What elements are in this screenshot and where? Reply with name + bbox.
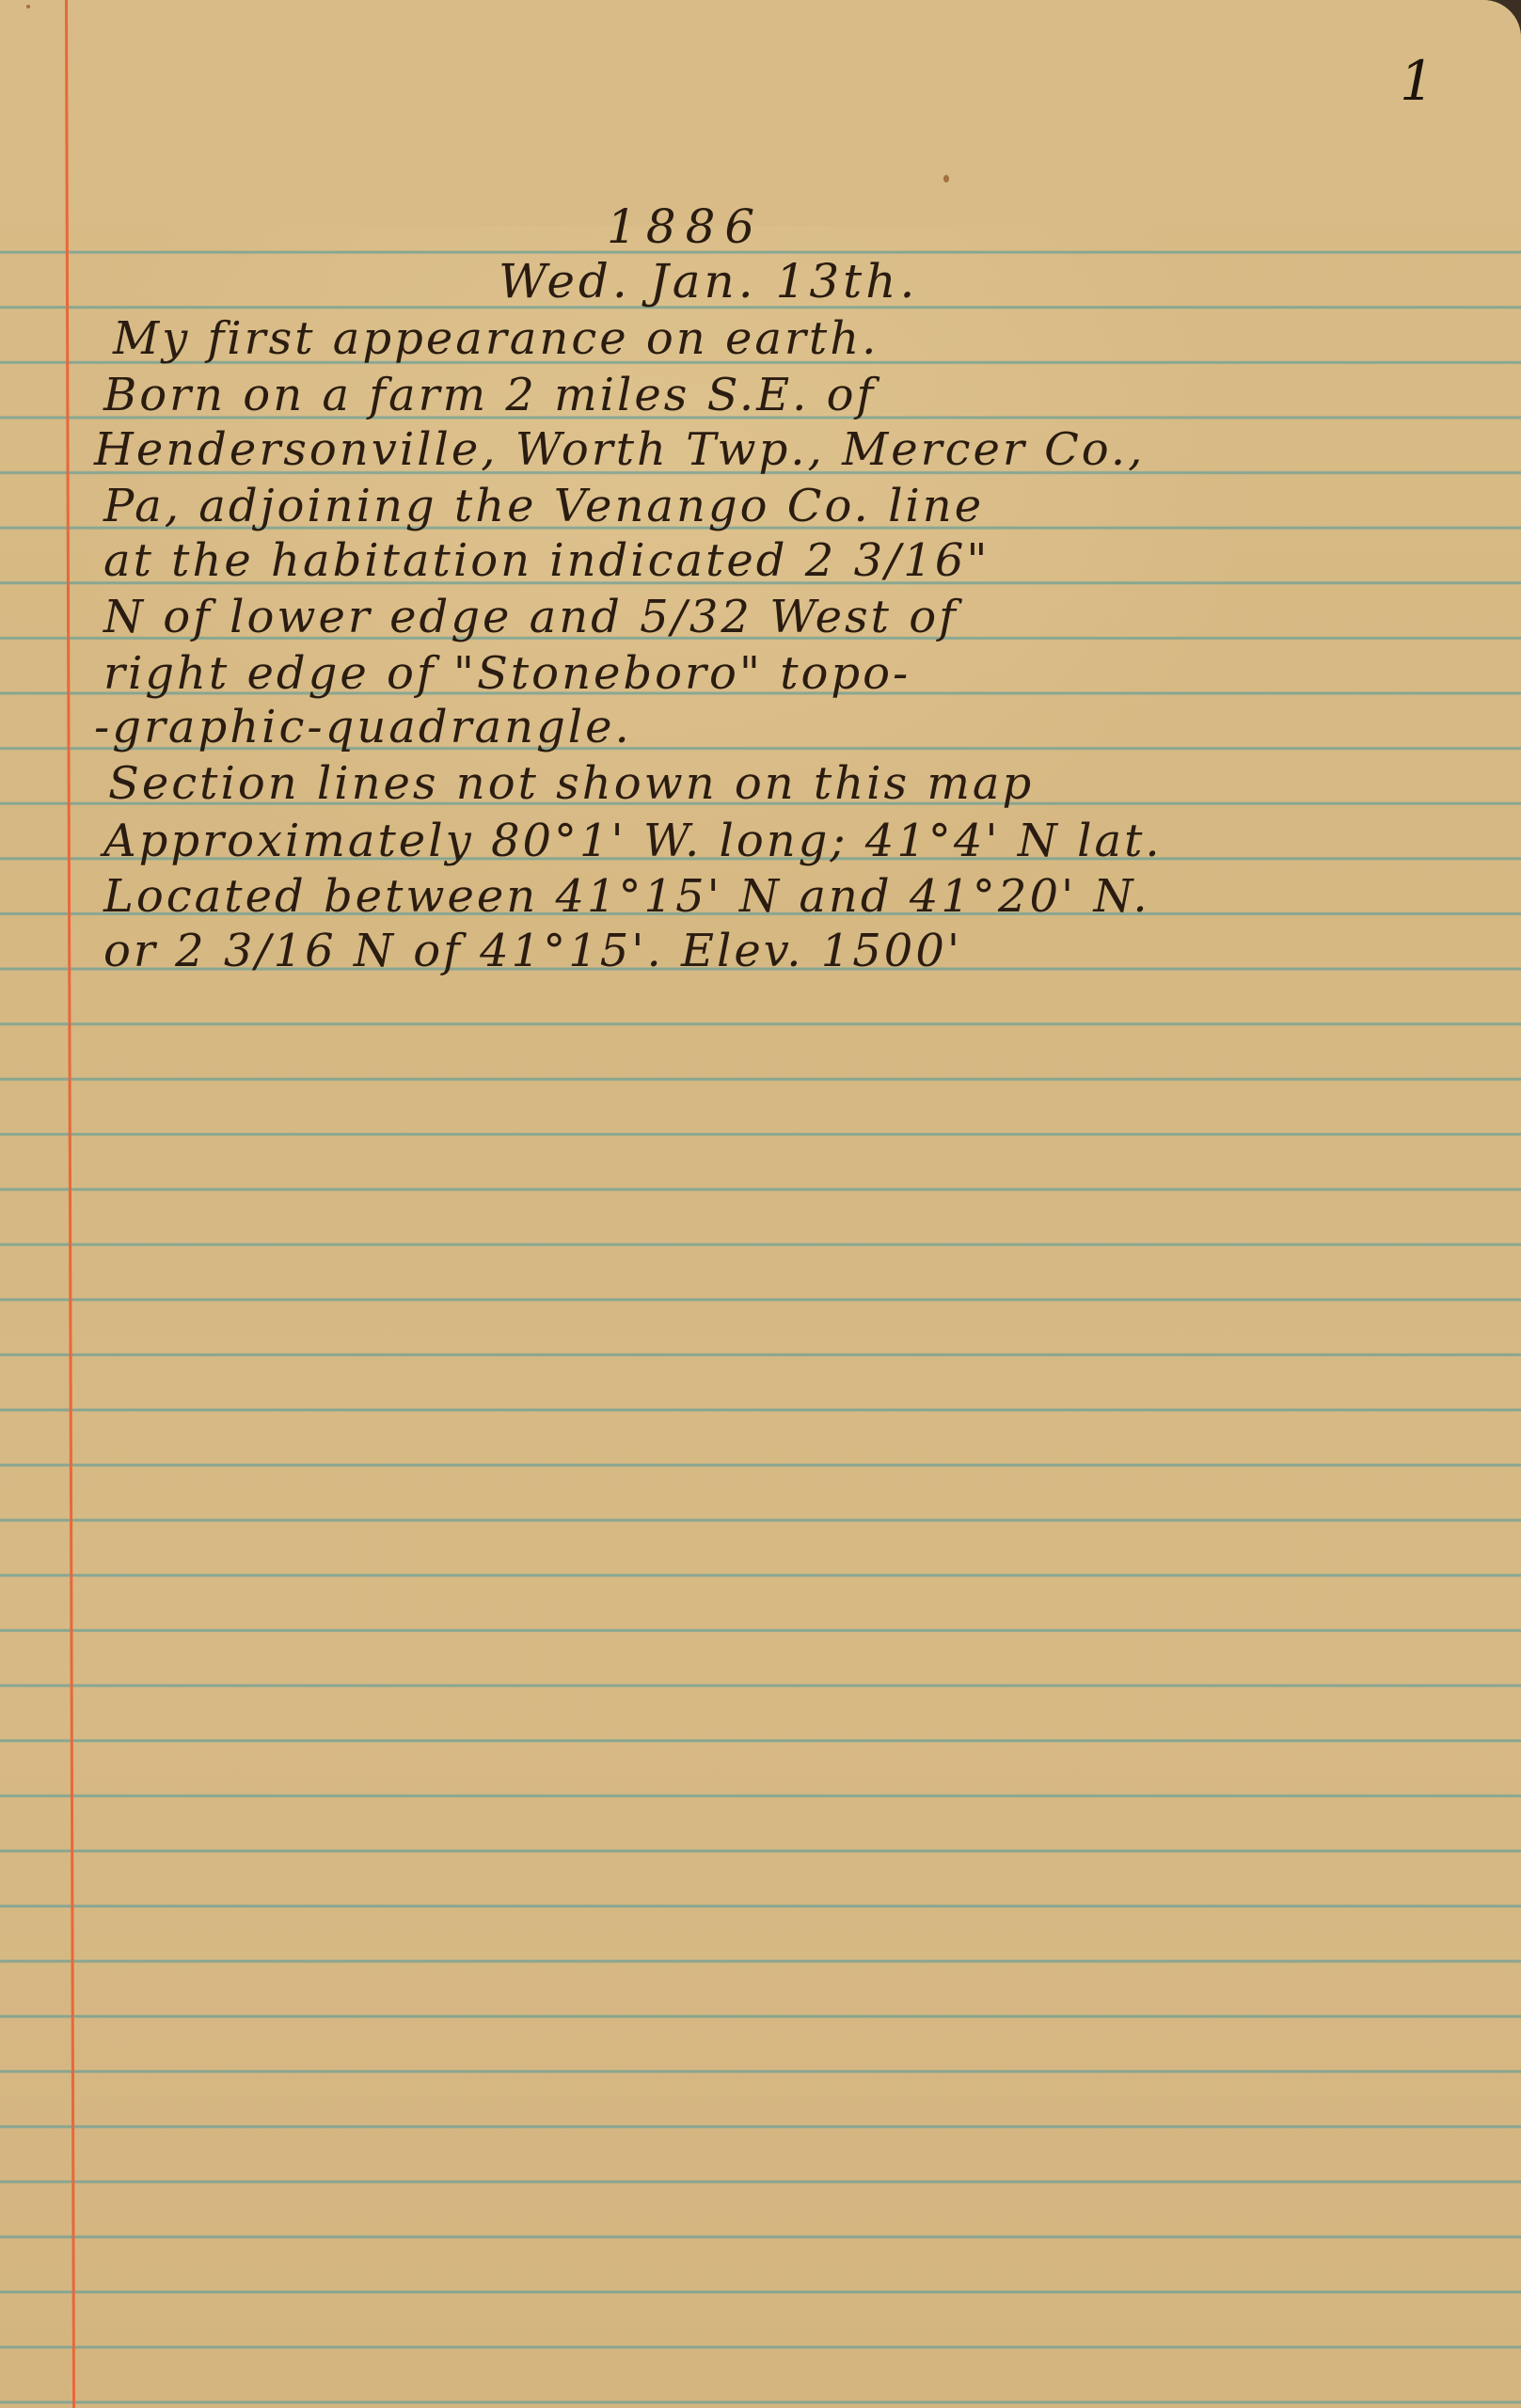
top-unruled-area xyxy=(0,0,1521,226)
ink-speck xyxy=(943,175,949,182)
entry-line: right edge of "Stoneboro" topo- xyxy=(103,647,911,700)
entry-line: Located between 41°15' N and 41°20' N. xyxy=(103,870,1150,923)
notebook-page: 1 1886 Wed. Jan. 13th. My first appearan… xyxy=(0,0,1521,2408)
entry-line: N of lower edge and 5/32 West of xyxy=(103,591,959,643)
entry-line: Approximately 80°1' W. long; 41°4' N lat… xyxy=(103,815,1163,867)
entry-line: or 2 3/16 N of 41°15'. Elev. 1500' xyxy=(103,925,962,977)
entry-line: Hendersonville, Worth Twp., Mercer Co., xyxy=(94,423,1145,476)
ink-speck xyxy=(26,5,30,8)
entry-date: Wed. Jan. 13th. xyxy=(499,254,918,309)
entry-line: Born on a farm 2 miles S.E. of xyxy=(103,369,876,421)
entry-year: 1886 xyxy=(607,199,764,254)
entry-line: at the habitation indicated 2 3/16" xyxy=(103,534,990,587)
entry-line: Section lines not shown on this map xyxy=(108,757,1034,810)
entry-line: -graphic-quadrangle. xyxy=(94,701,632,753)
page-number: 1 xyxy=(1400,49,1434,113)
entry-line: My first appearance on earth. xyxy=(113,312,879,365)
entry-line: Pa, adjoining the Venango Co. line xyxy=(103,480,984,532)
